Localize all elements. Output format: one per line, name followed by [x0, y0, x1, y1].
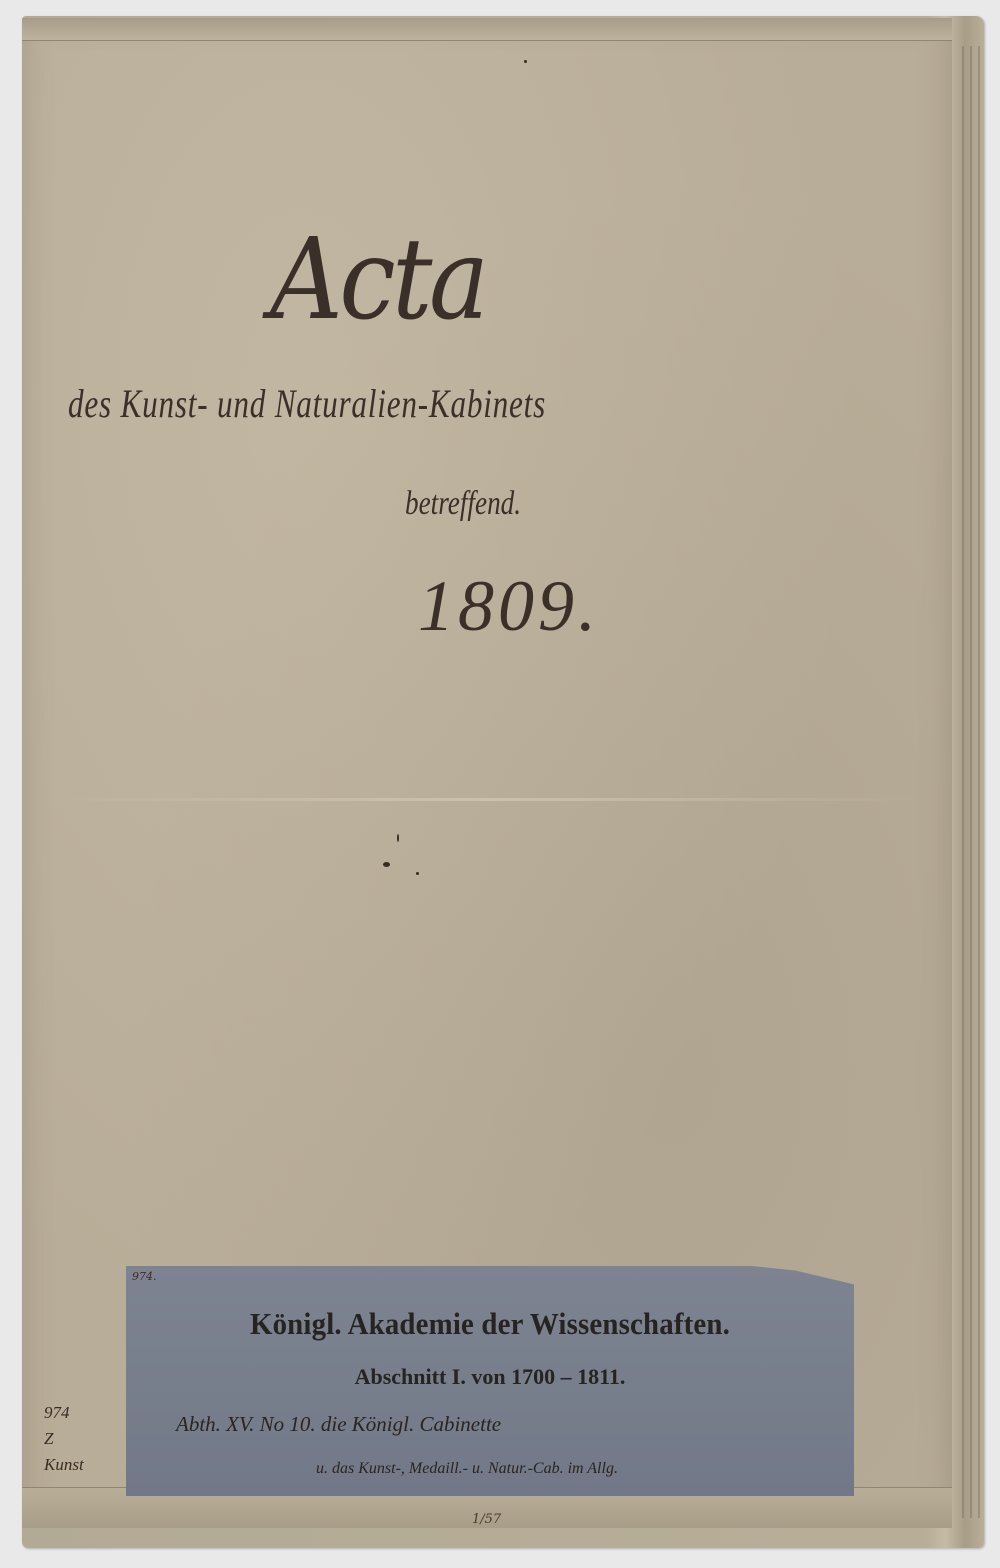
- bottom-note: 1/57: [472, 1512, 501, 1527]
- margin-note-line-1: Z: [44, 1426, 84, 1452]
- document-title: Acta: [270, 215, 485, 345]
- ink-speck: [416, 872, 419, 875]
- ink-speck: [524, 60, 527, 63]
- margin-note: 974 Z Kunst: [44, 1400, 84, 1478]
- ink-speck: [383, 862, 390, 867]
- label-section: Abschnitt I. von 1700 – 1811.: [126, 1364, 854, 1390]
- label-number: 974.: [132, 1270, 157, 1283]
- margin-note-number: 974: [44, 1400, 84, 1426]
- margin-note-line-2: Kunst: [44, 1452, 84, 1478]
- document-subtitle-2: betreffend.: [405, 485, 521, 523]
- fold-crease: [52, 798, 922, 801]
- page-edge-line: [970, 46, 972, 1518]
- page-edge-line: [978, 46, 980, 1518]
- label-handwritten-line-2: u. das Kunst-, Medaill.- u. Natur.-Cab. …: [316, 1460, 618, 1478]
- page-edge-line: [962, 46, 964, 1518]
- label-handwritten-line-1: Abth. XV. No 10. die Königl. Cabinette: [176, 1412, 501, 1437]
- ink-speck: [397, 834, 399, 842]
- document-year: 1809.: [418, 565, 600, 648]
- document-subtitle: des Kunst- und Naturalien-Kabinets: [68, 380, 754, 427]
- archive-label: 974. Königl. Akademie der Wissenschaften…: [126, 1266, 854, 1496]
- label-heading: Königl. Akademie der Wissenschaften.: [151, 1306, 828, 1342]
